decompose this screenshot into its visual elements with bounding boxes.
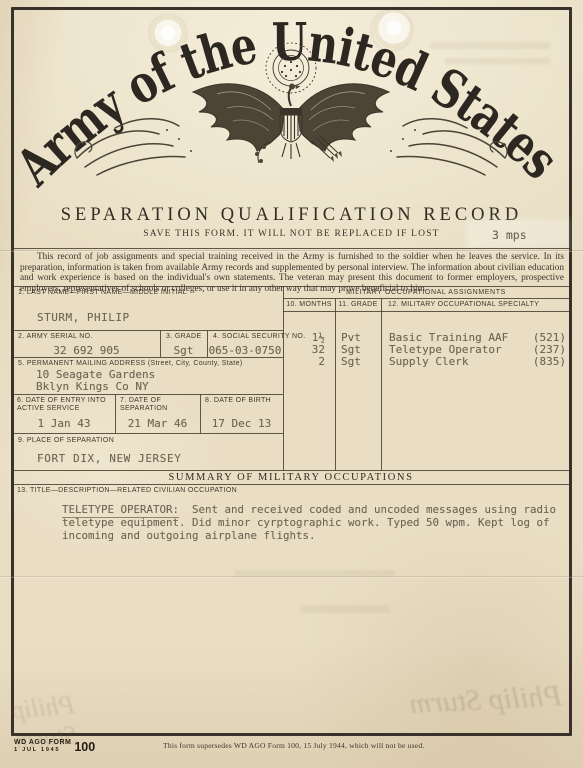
birth-date-value: 17 Dec 13 bbox=[200, 417, 283, 430]
grid-line bbox=[283, 311, 569, 312]
grade-field-value: Sgt bbox=[160, 344, 207, 357]
assignment-specialty: Supply Clerk bbox=[389, 355, 468, 368]
grid-line bbox=[381, 298, 382, 470]
name-field-value: STURM, PHILIP bbox=[37, 311, 130, 324]
separation-date-value: 21 Mar 46 bbox=[115, 417, 200, 430]
assignment-mos-code: (835) bbox=[533, 355, 566, 368]
assignment-row: 2 Sgt Supply Clerk (835) bbox=[283, 355, 569, 368]
serial-field-label: 2. ARMY SERIAL NO. bbox=[18, 333, 93, 341]
grid-line bbox=[13, 330, 283, 331]
grid-line bbox=[283, 298, 569, 299]
summary-section-header: SUMMARY OF MILITARY OCCUPATIONS bbox=[13, 472, 569, 483]
typed-occupation-summary: TELETYPE OPERATOR: Sent and received cod… bbox=[62, 503, 560, 543]
entry-date-label: 6. DATE OF ENTRY INTO ACTIVE SERVICE bbox=[17, 397, 109, 413]
separation-date-label: 7. DATE OF SEPARATION bbox=[120, 397, 196, 413]
address-line2-value: Bklyn Kings Co NY bbox=[36, 380, 149, 393]
grid-line bbox=[283, 286, 284, 470]
birth-date-label: 8. DATE OF BIRTH bbox=[205, 397, 280, 405]
form-number: 100 bbox=[74, 740, 95, 754]
fold-crease bbox=[0, 576, 583, 577]
form-supersedes-note: This form supersedes WD AGO Form 100, 15… bbox=[163, 741, 424, 750]
assignments-col-months: 10. MONTHS bbox=[283, 301, 335, 309]
svg-text:Army of the United States: Army of the United States bbox=[21, 12, 561, 194]
assignments-col-grade: 11. GRADE bbox=[335, 301, 381, 309]
grid-line bbox=[13, 286, 569, 287]
grid-line bbox=[13, 484, 569, 485]
masthead-arched-text: Army of the United States bbox=[21, 12, 561, 194]
assignment-grade: Sgt bbox=[341, 355, 361, 368]
hole-punch-left bbox=[150, 15, 186, 51]
scanned-separation-record-document: Army of the United States bbox=[0, 0, 583, 768]
entry-date-value: 1 Jan 43 bbox=[13, 417, 115, 430]
typed-annotation: 3 mps bbox=[492, 228, 527, 242]
grid-line bbox=[13, 394, 283, 395]
form-identifier: WD AGO FORM 1 JUL 1945 100 bbox=[14, 739, 95, 754]
hole-punch-right bbox=[372, 10, 412, 50]
grid-line bbox=[335, 298, 336, 470]
ssn-field-value: 065-03-0750 bbox=[207, 344, 283, 357]
grid-line bbox=[13, 357, 283, 358]
grid-line bbox=[13, 433, 283, 434]
assignments-col-specialty: 12. MILITARY OCCUPATIONAL SPECIALTY bbox=[388, 301, 539, 309]
assignments-header: MILITARY OCCUPATIONAL ASSIGNMENTS bbox=[283, 289, 569, 297]
ink-bleed-mark bbox=[300, 605, 390, 613]
name-field-label: 1. LAST NAME—FIRST NAME—MIDDLE INITIAL bbox=[18, 289, 187, 297]
army-masthead-art: Army of the United States bbox=[21, 10, 561, 194]
form-id-line2: 1 JUL 1945 bbox=[14, 747, 71, 753]
place-of-separation-label: 9. PLACE OF SEPARATION bbox=[18, 437, 114, 445]
ink-bleed-mark bbox=[430, 42, 550, 49]
fold-crease bbox=[0, 250, 583, 251]
place-of-separation-value: FORT DIX, NEW JERSEY bbox=[37, 452, 181, 465]
ink-bleed-mark bbox=[445, 58, 550, 64]
serial-field-value: 32 692 905 bbox=[13, 344, 160, 357]
grade-field-label: 3. GRADE bbox=[166, 333, 201, 341]
address-field-label: 5. PERMANENT MAILING ADDRESS (Street, Ci… bbox=[18, 360, 273, 368]
summary-field-label: 13. TITLE—DESCRIPTION—RELATED CIVILIAN O… bbox=[17, 487, 237, 495]
form-id-line1: WD AGO FORM bbox=[14, 739, 71, 746]
assignment-months: 2 bbox=[283, 355, 325, 368]
ink-bleed-mark bbox=[235, 570, 395, 576]
